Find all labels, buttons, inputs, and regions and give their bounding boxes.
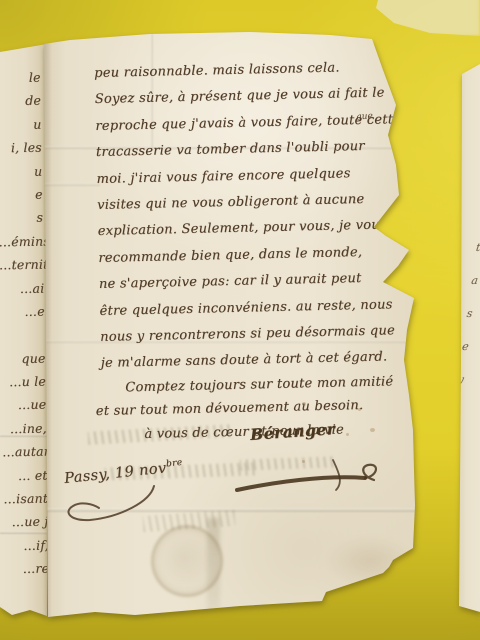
interline-insertion: que	[356, 111, 374, 122]
right-page-edge: siyectaseyzegaht	[457, 62, 480, 612]
right-fragment: t	[472, 241, 480, 274]
ink-spot	[302, 460, 305, 463]
left-fragment: e	[0, 187, 43, 211]
left-fragment: i, les	[0, 140, 42, 164]
right-fragment: s	[463, 307, 475, 340]
letter-body-text: peu raisonnable. mais laissons cela.Soye…	[94, 59, 425, 451]
left-fragment: que	[0, 350, 45, 374]
left-fragment: u	[0, 163, 43, 187]
paper-stain	[325, 535, 415, 587]
ink-spot	[302, 402, 306, 406]
ink-spot	[346, 433, 349, 436]
ink-spot	[370, 428, 375, 432]
fold-shadow	[40, 30, 52, 620]
right-page-paper: siyectaseyzegaht	[457, 62, 480, 612]
letter-paper: peu raisonnable. mais laissons cela.Soye…	[40, 30, 418, 620]
ink-spot	[358, 408, 361, 411]
left-fragment: s	[0, 210, 43, 234]
left-fragment: de	[0, 93, 41, 117]
right-fragment: a	[468, 274, 480, 307]
left-fragment: …ai	[0, 280, 45, 304]
ink-streak	[207, 518, 220, 630]
left-fragment: …ternité.	[0, 257, 44, 281]
left-fragment: …émins	[0, 233, 44, 257]
left-fragment: …e	[0, 304, 45, 328]
left-fragment: u	[0, 116, 42, 140]
right-fragment: e	[458, 340, 470, 373]
crease-line	[40, 183, 100, 186]
left-fragment: le	[0, 70, 41, 94]
left-fragment	[0, 327, 45, 351]
letter-page: peu raisonnable. mais laissons cela.Soye…	[40, 30, 418, 620]
